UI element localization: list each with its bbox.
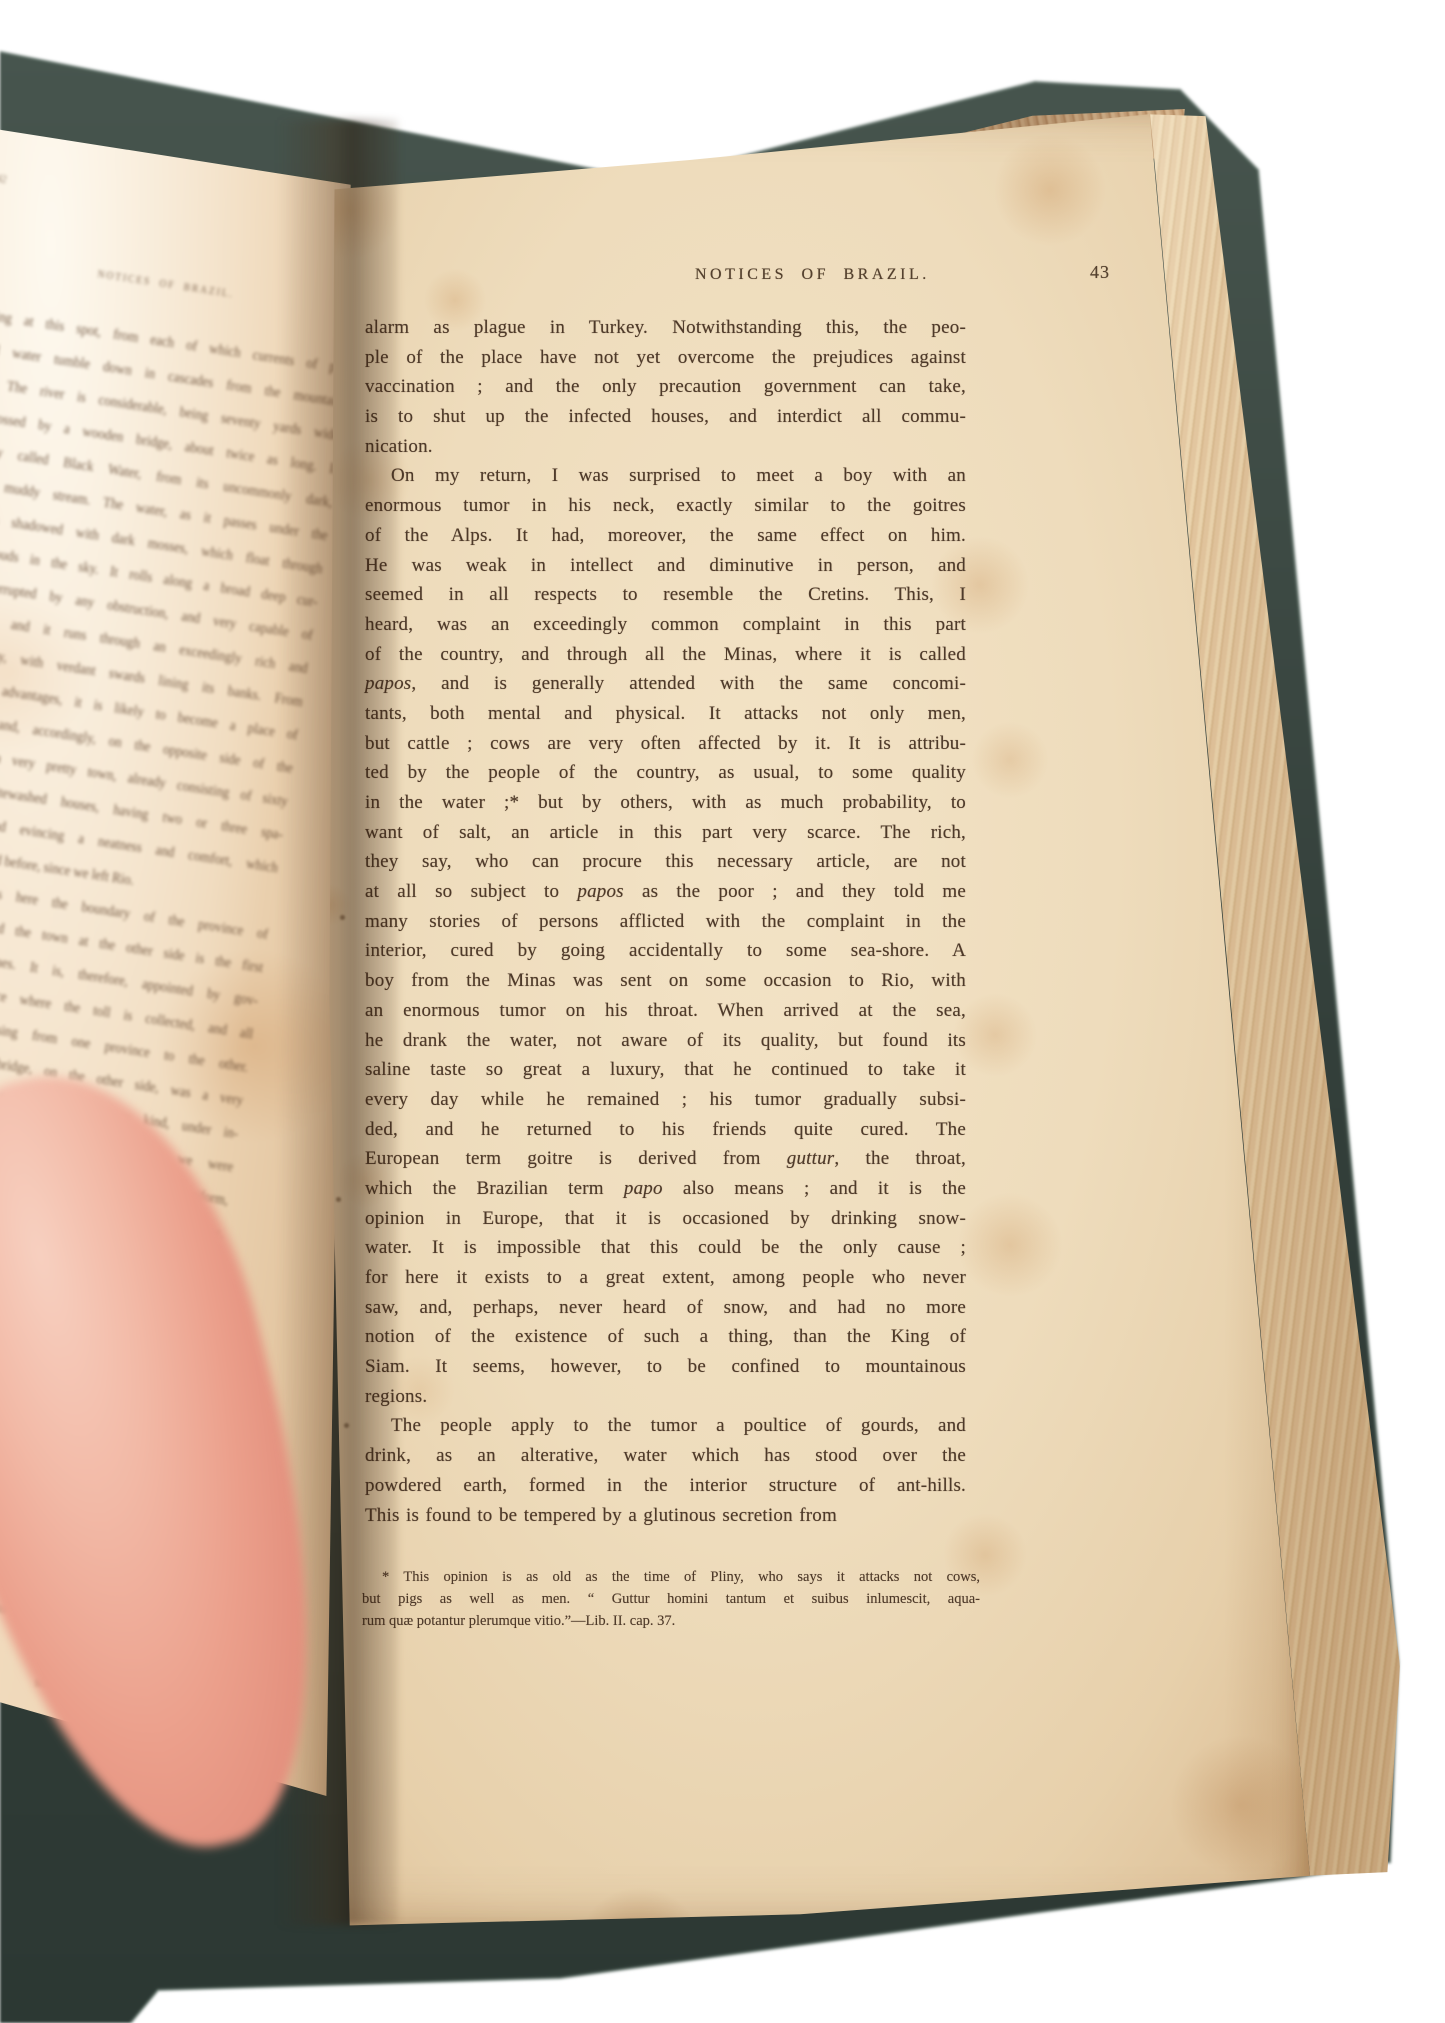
text-line: notion of the existence of such a thing,… <box>365 1322 966 1352</box>
text-line: On my return, I was surprised to meet a … <box>365 461 966 491</box>
text-line: of the country, and through all the Mina… <box>365 640 966 670</box>
text-line: drink, as an alterative, water which has… <box>365 1441 966 1471</box>
left-running-head: NOTICES OF BRAZIL. <box>97 269 235 300</box>
text-line: every day while he remained ; his tumor … <box>365 1085 966 1115</box>
text-line: powdered earth, formed in the interior s… <box>365 1471 966 1501</box>
right-page: NOTICES OF BRAZIL. 43 alarm as plague in… <box>300 105 1315 1940</box>
text-line: want of salt, an article in this part ve… <box>365 818 966 848</box>
footnote: * This opinion is as old as the time of … <box>362 1567 980 1632</box>
text-line: enormous tumor in his neck, exactly simi… <box>365 491 966 521</box>
text-line: saline taste so great a luxury, that he … <box>365 1055 966 1085</box>
body-text: alarm as plague in Turkey. Notwithstandi… <box>365 313 966 1530</box>
text-line: interior, cured by going accidentally to… <box>365 936 966 966</box>
page-header: NOTICES OF BRAZIL. 43 <box>365 262 1110 296</box>
text-line: heard, was an exceedingly common complai… <box>365 610 966 640</box>
ink-speck <box>344 1423 349 1428</box>
text-line: at all so subject to papos as the poor ;… <box>365 877 966 907</box>
text-line: nication. <box>365 432 966 462</box>
running-head: NOTICES OF BRAZIL. <box>695 266 930 284</box>
text-line: an enormous tumor on his throat. When ar… <box>365 996 966 1026</box>
text-line: papos, and is generally attended with th… <box>365 669 966 699</box>
left-page-number: 42 <box>0 173 7 187</box>
text-line: boy from the Minas was sent on some occa… <box>365 966 966 996</box>
text-line: for here it exists to a great extent, am… <box>365 1263 966 1293</box>
ink-speck <box>340 915 345 920</box>
text-line: * This opinion is as old as the time of … <box>362 1567 980 1589</box>
text-line: which the Brazilian term papo also means… <box>365 1174 966 1204</box>
text-line: seemed in all respects to resemble the C… <box>365 580 966 610</box>
text-line: water. It is impossible that this could … <box>365 1233 966 1263</box>
text-line: rum quæ potantur plerumque vitio.”—Lib. … <box>362 1611 980 1633</box>
text-line: European term goitre is derived from gut… <box>365 1144 966 1174</box>
text-line: of the Alps. It had, moreover, the same … <box>365 521 966 551</box>
text-line: alarm as plague in Turkey. Notwithstandi… <box>365 313 966 343</box>
text-line: many stories of persons afflicted with t… <box>365 907 966 937</box>
text-line: but pigs as well as men. “ Guttur homini… <box>362 1589 980 1611</box>
text-line: he drank the water, not aware of its qua… <box>365 1026 966 1056</box>
text-line: ded, and he returned to his friends quit… <box>365 1115 966 1145</box>
text-line: but cattle ; cows are very often affecte… <box>365 729 966 759</box>
page-number: 43 <box>1090 262 1110 283</box>
text-line: is to shut up the infected houses, and i… <box>365 402 966 432</box>
text-line: ple of the place have not yet overcome t… <box>365 343 966 373</box>
book-photograph: 42 NOTICES OF BRAZIL. meeting at this sp… <box>0 0 1445 2023</box>
text-line: tants, both mental and physical. It atta… <box>365 699 966 729</box>
text-line: This is found to be tempered by a glutin… <box>365 1501 966 1531</box>
text-line: saw, and, perhaps, never heard of snow, … <box>365 1293 966 1323</box>
text-line: Siam. It seems, however, to be confined … <box>365 1352 966 1382</box>
text-line: ted by the people of the country, as usu… <box>365 758 966 788</box>
text-line: in the water ;* but by others, with as m… <box>365 788 966 818</box>
ink-speck <box>336 1197 341 1202</box>
text-line: regions. <box>365 1382 966 1412</box>
text-line: they say, who can procure this necessary… <box>365 847 966 877</box>
text-line: opinion in Europe, that it is occasioned… <box>365 1204 966 1234</box>
text-line: He was weak in intellect and diminutive … <box>365 551 966 581</box>
text-line: The people apply to the tumor a poultice… <box>365 1411 966 1441</box>
text-line: vaccination ; and the only precaution go… <box>365 372 966 402</box>
